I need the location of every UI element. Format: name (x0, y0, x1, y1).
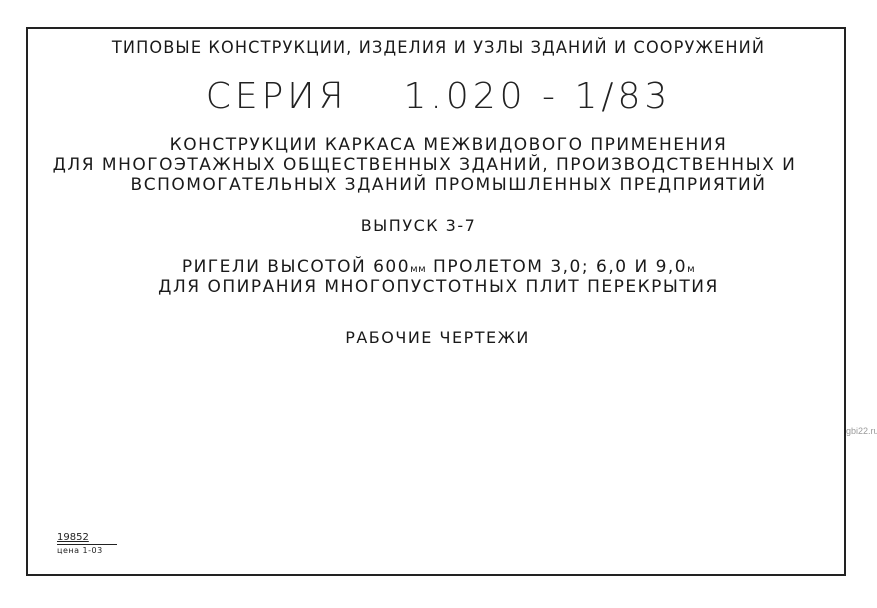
issue-number: ВЫПУСК 3-7 (0, 216, 857, 235)
subtitle-line-1: КОНСТРУКЦИИ КАРКАСА МЕЖВИДОВОГО ПРИМЕНЕН… (10, 135, 877, 155)
watermark: gbi22.ru (846, 426, 877, 436)
inventory-stamp: 19852 цена 1-03 (57, 532, 117, 555)
description-line-2: ДЛЯ ОПИРАНИЯ МНОГОПУСТОТНЫХ ПЛИТ ПЕРЕКРЫ… (0, 277, 877, 297)
series-label: СЕРИЯ (206, 76, 348, 117)
document-header: ТИПОВЫЕ КОНСТРУКЦИИ, ИЗДЕЛИЯ И УЗЛЫ ЗДАН… (22, 38, 855, 58)
unit-mm: мм (410, 264, 426, 275)
drawing-type: РАБОЧИЕ ЧЕРТЕЖИ (0, 328, 876, 347)
subtitle-line-3: ВСПОМОГАТЕЛЬНЫХ ЗДАНИЙ ПРОМЫШЛЕННЫХ ПРЕД… (10, 175, 877, 195)
unit-m: м (687, 264, 695, 275)
series-title: СЕРИЯ1.020 - 1/83 (0, 76, 877, 117)
description-line-1: РИГЕЛИ ВЫСОТОЙ 600мм ПРОЛЕТОМ 3,0; 6,0 И… (0, 257, 877, 277)
price: цена 1-03 (57, 545, 117, 555)
subtitle-line-2: ДЛЯ МНОГОЭТАЖНЫХ ОБЩЕСТВЕННЫХ ЗДАНИЙ, ПР… (0, 155, 863, 175)
inventory-number: 19852 (57, 532, 117, 545)
description-beam-height: РИГЕЛИ ВЫСОТОЙ 600 (182, 257, 410, 277)
description-span: ПРОЛЕТОМ 3,0; 6,0 И 9,0 (426, 257, 687, 277)
series-number: 1.020 - 1/83 (404, 76, 672, 117)
